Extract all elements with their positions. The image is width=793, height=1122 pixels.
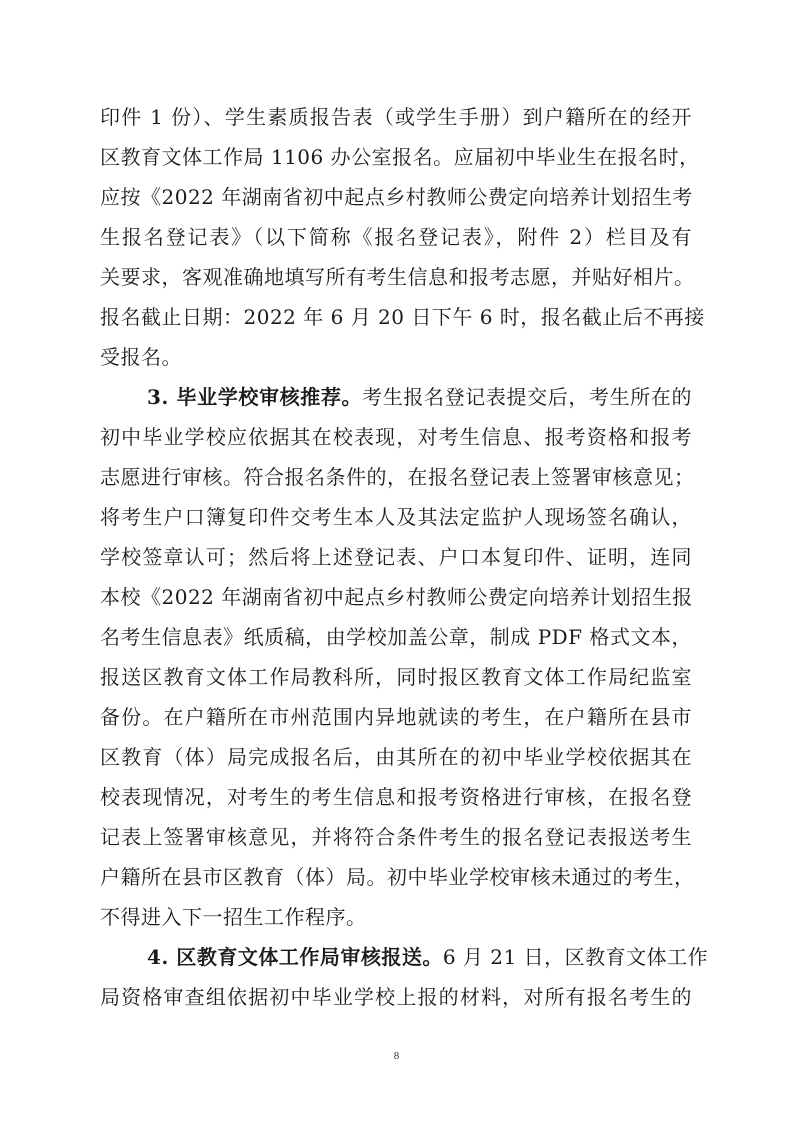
text-line: 局资格审查组依据初中毕业学校上报的材料，对所有报名考生的 xyxy=(100,977,692,1017)
text-line: 应按《2022 年湖南省初中起点乡村教师公费定向培养计划招生考 xyxy=(100,177,692,217)
section-4-first-line: 4. 区教育文体工作局审核报送。6 月 21 日，区教育文体工作 xyxy=(100,937,692,977)
text-line: 不得进入下一招生工作程序。 xyxy=(100,897,692,937)
text-span: 考生报名登记表提交后，考生所在的 xyxy=(362,385,692,409)
section-heading-3: 3. 毕业学校审核推荐。 xyxy=(147,385,362,409)
text-line: 报名截止日期：2022 年 6 月 20 日下午 6 时，报名截止后不再接 xyxy=(100,297,692,337)
text-span: 6 月 21 日，区教育文体工作 xyxy=(443,945,708,969)
text-line: 生报名登记表》（以下简称《报名登记表》，附件 2）栏目及有 xyxy=(100,217,692,257)
section-heading-4: 4. 区教育文体工作局审核报送。 xyxy=(147,945,443,969)
text-line: 记表上签署审核意见，并将符合条件考生的报名登记表报送考生 xyxy=(100,817,692,857)
text-line: 志愿进行审核。符合报名条件的，在报名登记表上签署审核意见； xyxy=(100,457,692,497)
text-line: 备份。在户籍所在市州范围内异地就读的考生，在户籍所在县市 xyxy=(100,697,692,737)
text-line: 学校签章认可；然后将上述登记表、户口本复印件、证明，连同 xyxy=(100,537,692,577)
text-line: 区教育文体工作局 1106 办公室报名。应届初中毕业生在报名时， xyxy=(100,137,692,177)
text-line: 名考生信息表》纸质稿，由学校加盖公章，制成 PDF 格式文本， xyxy=(100,617,692,657)
text-line: 户籍所在县市区教育（体）局。初中毕业学校审核未通过的考生， xyxy=(100,857,692,897)
page-number: 8 xyxy=(0,1050,793,1062)
text-line: 本校《2022 年湖南省初中起点乡村教师公费定向培养计划招生报 xyxy=(100,577,692,617)
text-line: 报送区教育文体工作局教科所，同时报区教育文体工作局纪监室 xyxy=(100,657,692,697)
section-3-first-line: 3. 毕业学校审核推荐。考生报名登记表提交后，考生所在的 xyxy=(100,377,692,417)
text-line: 校表现情况，对考生的考生信息和报考资格进行审核，在报名登 xyxy=(100,777,692,817)
document-body: 印件 1 份）、学生素质报告表（或学生手册）到户籍所在的经开 区教育文体工作局 … xyxy=(100,97,692,1017)
text-line: 关要求，客观准确地填写所有考生信息和报考志愿，并贴好相片。 xyxy=(100,257,692,297)
text-line: 区教育（体）局完成报名后，由其所在的初中毕业学校依据其在 xyxy=(100,737,692,777)
text-line: 印件 1 份）、学生素质报告表（或学生手册）到户籍所在的经开 xyxy=(100,97,692,137)
text-line: 受报名。 xyxy=(100,337,692,377)
text-line: 初中毕业学校应依据其在校表现，对考生信息、报考资格和报考 xyxy=(100,417,692,457)
text-line: 将考生户口簿复印件交考生本人及其法定监护人现场签名确认， xyxy=(100,497,692,537)
